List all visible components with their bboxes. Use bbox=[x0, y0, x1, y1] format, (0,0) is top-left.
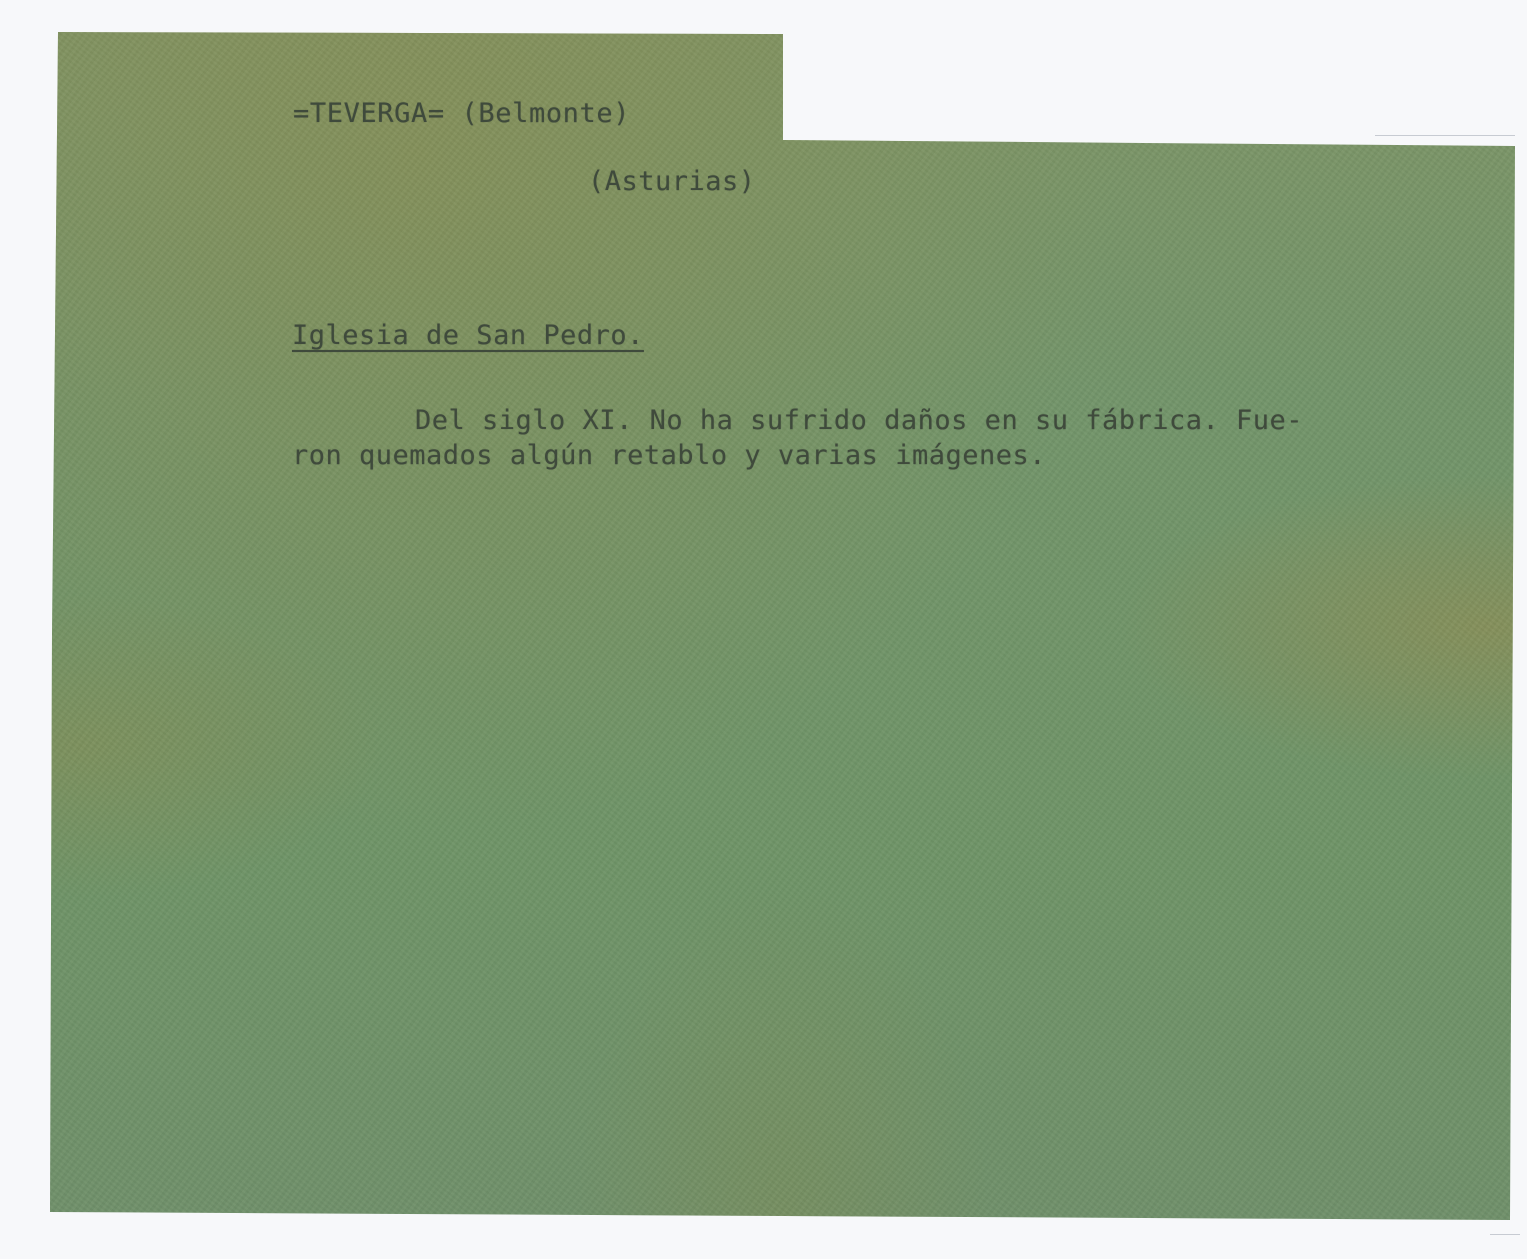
body-text-line-2: ron quemados algún retablo y varias imág… bbox=[292, 440, 1046, 471]
index-card bbox=[50, 32, 1515, 1222]
scanned-page: =TEVERGA= (Belmonte) (Asturias) Iglesia … bbox=[0, 0, 1527, 1259]
subject-title: Iglesia de San Pedro. bbox=[292, 320, 644, 351]
guide-line bbox=[1375, 135, 1515, 136]
place-heading: =TEVERGA= (Belmonte) bbox=[293, 98, 630, 129]
body-text-line-1: Del siglo XI. No ha sufrido daños en su … bbox=[415, 405, 1303, 436]
guide-line-bottom bbox=[1490, 1234, 1520, 1235]
region-heading: (Asturias) bbox=[588, 166, 756, 197]
